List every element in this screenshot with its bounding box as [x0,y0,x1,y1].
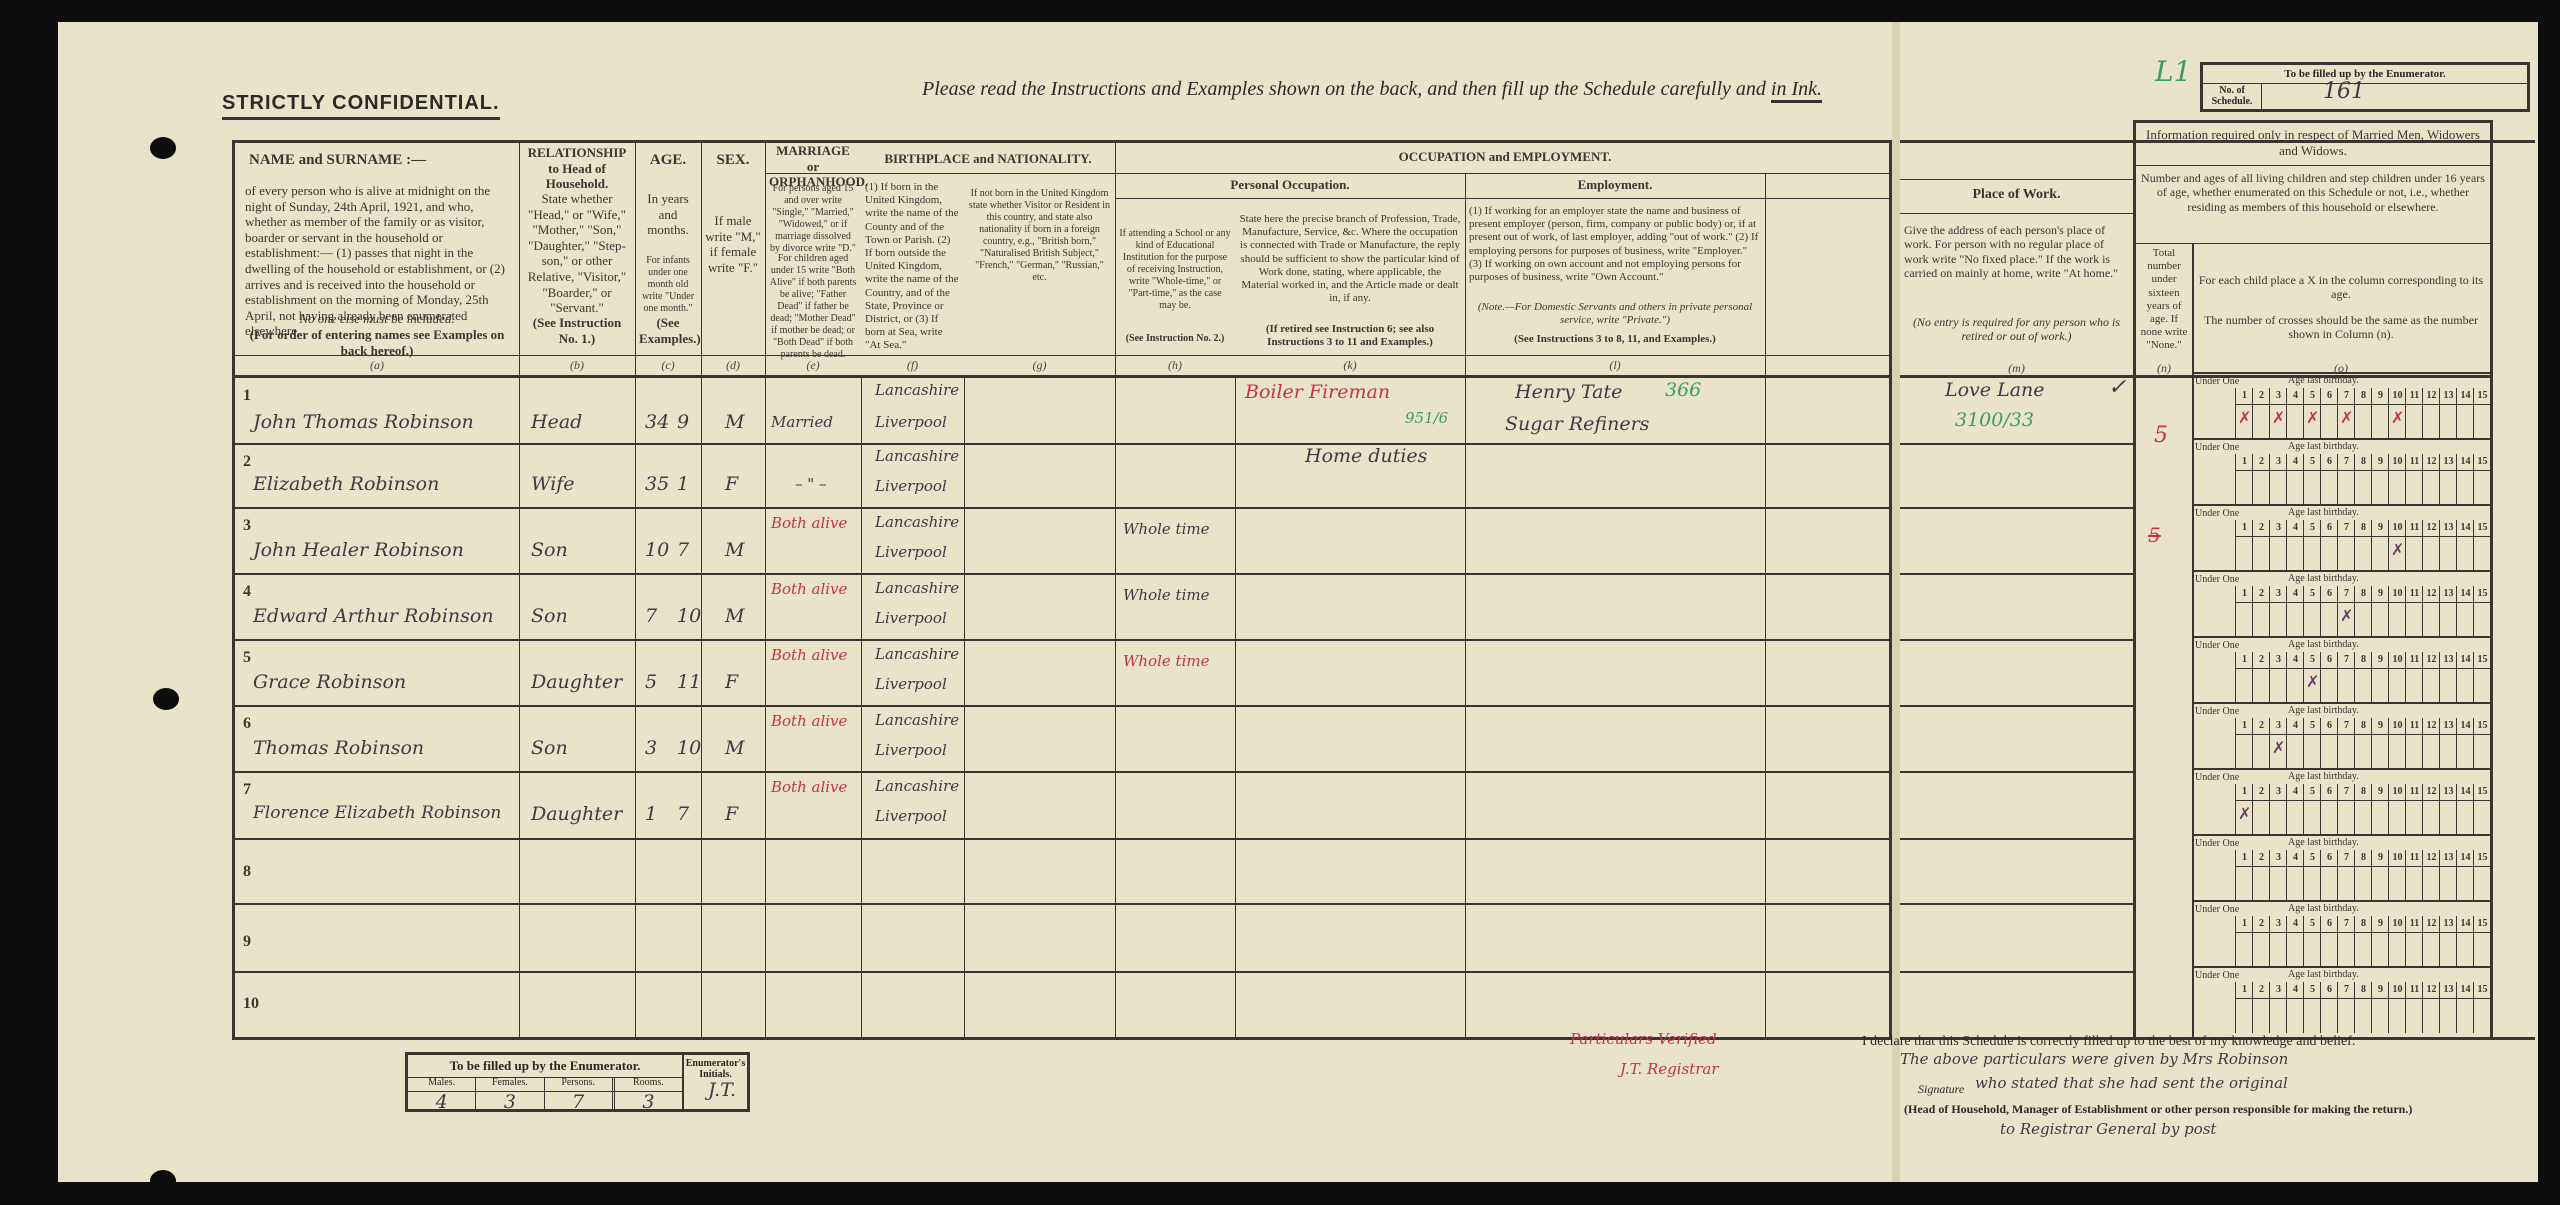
age-column-10: 10 [2388,850,2406,901]
verification-note: Particulars Verified [1570,1030,1717,1048]
age-column-1: 1 [2235,586,2253,637]
under-one-label: Under One [2195,904,2239,915]
col-g-body: If not born in the United Kingdom state … [964,188,1115,284]
age-months: 1 [677,473,689,495]
occupation: Boiler Fireman [1245,381,1390,403]
age-column-7: 7 [2337,982,2355,1033]
age-column-13: 13 [2439,652,2457,703]
age-years: 7 [645,605,657,627]
age-column-9: 9 [2371,388,2389,439]
age-column-12: 12 [2422,586,2440,637]
punch-hole [150,137,176,159]
age-column-12: 12 [2422,784,2440,835]
persons-label: Persons. [545,1077,615,1091]
age-column-7: 7 [2337,784,2355,835]
age-cross-mark: ✗ [2306,408,2319,427]
sex: F [725,473,738,495]
age-column-15: 15 [2473,454,2491,505]
col-l-title: Employment. [1465,177,1765,193]
age-grid: Under OneAge last birthday.1234567891011… [2193,636,2490,703]
schedule-box-label: No. of Schedule. [2207,85,2257,107]
age-column-1: 1 [2235,916,2253,967]
age-cross-mark: ✗ [2340,606,2353,625]
persons-count: 7 [545,1091,615,1109]
age-column-8: 8 [2354,850,2372,901]
birth-town: Liverpool [875,543,947,561]
age-column-5: 5 [2303,982,2321,1033]
age-grid: Under OneAge last birthday.1234567891011… [2193,570,2490,637]
col-c-body: In years and months. [635,191,701,238]
enumerator-box-title: To be filled up by the Enumerator. [408,1055,682,1078]
age-column-4: 4 [2286,454,2304,505]
marriage-status: Both alive [771,647,861,663]
age-column-11: 11 [2405,982,2423,1033]
age-column-7: 7 [2337,454,2355,505]
col-m-note: (No entry is required for any person who… [1900,315,2133,344]
age-column-8: 8 [2354,916,2372,967]
under-one-label: Under One [2195,376,2239,387]
workplace-code: 3100/33 [1955,409,2034,431]
age-years: 5 [645,671,657,693]
age-last-birthday-label: Age last birthday. [2288,837,2359,848]
age-months: 10 [677,737,701,759]
age-column-9: 9 [2371,916,2389,967]
declaration-text: I declare that this Schedule is correctl… [1862,1034,2355,1050]
age-cross-mark: ✗ [2272,408,2285,427]
sex: F [725,671,738,693]
relationship: Son [531,605,568,627]
declaration-note-1: The above particulars were given by Mrs … [1900,1050,2288,1068]
age-column-13: 13 [2439,982,2457,1033]
age-column-2: 2 [2252,652,2270,703]
birth-town: Liverpool [875,675,947,693]
relationship: Head [531,411,582,433]
age-cross-mark: ✗ [2238,408,2251,427]
age-column-15: 15 [2473,982,2491,1033]
margin-mark: L1 [2155,55,2191,88]
marriage-status: Both alive [771,581,861,597]
age-column-2: 2 [2252,388,2270,439]
col-k-title: Personal Occupation. [1115,177,1465,193]
age-column-6: 6 [2320,520,2338,571]
col-k-body: State here the precise branch of Profess… [1235,213,1465,305]
school-attendance: Whole time [1123,647,1223,675]
schedule-box-title: To be filled up by the Enumerator. [2203,65,2527,84]
age-column-9: 9 [2371,520,2389,571]
age-column-4: 4 [2286,982,2304,1033]
sex: M [725,539,744,561]
age-years: 3 [645,737,657,759]
check-mark: ✓ [2108,375,2126,400]
person-name: Edward Arthur Robinson [253,605,494,627]
age-cross-mark: ✗ [2272,738,2285,757]
age-column-13: 13 [2439,718,2457,769]
marriage-status: Both alive [771,779,861,795]
females-count: 3 [476,1091,544,1109]
marriage-status: Married [771,413,833,431]
age-column-8: 8 [2354,388,2372,439]
age-years: 34 [645,411,669,433]
sex: M [725,411,744,433]
age-column-13: 13 [2439,586,2457,637]
age-grid: Under OneAge last birthday.1234567891011… [2193,438,2490,505]
employer-code: 366 [1665,379,1701,401]
employer-line2: Sugar Refiners [1505,413,1649,435]
age-column-10: 10 [2388,454,2406,505]
age-column-7: 7 [2337,916,2355,967]
age-years: 35 [645,473,669,495]
col-m-title: Place of Work. [1900,187,2133,204]
birth-town: Liverpool [875,477,947,495]
age-column-14: 14 [2456,520,2474,571]
age-column-10: 10 [2388,982,2406,1033]
age-column-14: 14 [2456,982,2474,1033]
age-column-4: 4 [2286,520,2304,571]
males-count: 4 [408,1091,476,1109]
col-l-footer: (See Instructions 3 to 8, 11, and Exampl… [1465,333,1765,346]
age-last-birthday-label: Age last birthday. [2288,705,2359,716]
age-column-9: 9 [2371,586,2389,637]
person-name: John Thomas Robinson [253,411,474,433]
age-column-6: 6 [2320,586,2338,637]
birth-county: Lancashire [875,711,959,729]
age-column-15: 15 [2473,850,2491,901]
age-last-birthday-label: Age last birthday. [2288,771,2359,782]
age-column-9: 9 [2371,454,2389,505]
age-column-6: 6 [2320,718,2338,769]
age-column-11: 11 [2405,652,2423,703]
relationship: Daughter [531,671,622,693]
age-column-3: 3 [2269,454,2287,505]
children-total: 5 [2148,523,2161,547]
signature-label: Signature [1918,1082,1964,1097]
age-column-2: 2 [2252,916,2270,967]
age-column-1: 1 [2235,454,2253,505]
age-months: 10 [677,605,701,627]
age-column-2: 2 [2252,850,2270,901]
age-column-4: 4 [2286,850,2304,901]
person-name: Florence Elizabeth Robinson [253,803,501,823]
age-column-4: 4 [2286,586,2304,637]
age-column-8: 8 [2354,718,2372,769]
punch-hole [153,688,179,710]
col-n-body: Total number under sixteen years of age.… [2136,247,2192,353]
females-label: Females. [476,1077,544,1091]
age-grid: Under OneAge last birthday.1234567891011… [2193,372,2490,439]
age-column-11: 11 [2405,850,2423,901]
age-column-2: 2 [2252,454,2270,505]
person-name: Thomas Robinson [253,737,424,759]
age-months: 7 [677,803,689,825]
col-b-title: RELATIONSHIP to Head of Household. [519,145,635,192]
person-name: Elizabeth Robinson [253,473,439,495]
under-one-label: Under One [2195,970,2239,981]
age-column-2: 2 [2252,586,2270,637]
age-column-9: 9 [2371,718,2389,769]
col-o-body: For each child place a X in the column c… [2192,273,2490,302]
household-schedule-table: NAME and SURNAME :— of every person who … [232,140,1892,1040]
school-attendance: Whole time [1123,581,1223,609]
age-column-4: 4 [2286,916,2304,967]
age-column-14: 14 [2456,586,2474,637]
age-grid: Under OneAge last birthday.1234567891011… [2193,768,2490,835]
sex: M [725,605,744,627]
marriage-status: Both alive [771,515,861,531]
relationship: Daughter [531,803,622,825]
age-grid: Under OneAge last birthday.1234567891011… [2193,834,2490,901]
age-cross-mark: ✗ [2238,804,2251,823]
relationship: Wife [531,473,575,495]
age-column-7: 7 [2337,520,2355,571]
age-column-4: 4 [2286,784,2304,835]
under-one-label: Under One [2195,772,2239,783]
age-column-13: 13 [2439,454,2457,505]
age-column-2: 2 [2252,520,2270,571]
age-column-2: 2 [2252,982,2270,1033]
enumerator-box: To be filled up by the Enumerator. Enume… [405,1052,750,1112]
employer: Henry Tate [1515,381,1622,403]
age-column-10: 10 [2388,652,2406,703]
schedule-number-box: To be filled up by the Enumerator. No. o… [2200,62,2530,112]
age-column-10: 10 [2388,718,2406,769]
age-cross-mark: ✗ [2391,408,2404,427]
under-one-label: Under One [2195,706,2239,717]
relationship: Son [531,539,568,561]
age-last-birthday-label: Age last birthday. [2288,375,2359,386]
person-name: Grace Robinson [253,671,406,693]
col-d-title: SEX. [701,151,765,169]
age-column-14: 14 [2456,652,2474,703]
age-column-11: 11 [2405,784,2423,835]
age-column-1: 1 [2235,718,2253,769]
declaration-note-2: who stated that she had sent the origina… [1975,1074,2288,1092]
age-column-14: 14 [2456,850,2474,901]
under-one-label: Under One [2195,838,2239,849]
col-e-note: For children aged under 15 write "Both A… [765,253,861,361]
age-column-6: 6 [2320,454,2338,505]
age-column-1: 1 [2235,982,2253,1033]
under-one-label: Under One [2195,640,2239,651]
birth-town: Liverpool [875,413,947,431]
col-l-body: (1) If working for an employer state the… [1465,205,1765,284]
age-column-4: 4 [2286,718,2304,769]
age-last-birthday-label: Age last birthday. [2288,507,2359,518]
age-last-birthday-label: Age last birthday. [2288,441,2359,452]
punch-hole [150,1170,176,1192]
occupation-title: OCCUPATION and EMPLOYMENT. [1115,149,1895,165]
registrar-signature: J.T. Registrar [1620,1060,1719,1078]
age-column-5: 5 [2303,850,2321,901]
sex: F [725,803,738,825]
age-column-6: 6 [2320,784,2338,835]
age-column-6: 6 [2320,652,2338,703]
rooms-count: 3 [615,1091,682,1109]
age-column-14: 14 [2456,388,2474,439]
age-column-5: 5 [2303,784,2321,835]
males-label: Males. [408,1077,476,1091]
age-column-7: 7 [2337,652,2355,703]
enumerator-initials: J.T. [708,1079,736,1101]
age-column-7: 7 [2337,850,2355,901]
workplace: Love Lane [1945,379,2045,401]
age-column-13: 13 [2439,850,2457,901]
col-m-body: Give the address of each person's place … [1900,223,2133,281]
age-column-12: 12 [2422,454,2440,505]
age-column-5: 5 [2303,916,2321,967]
declaration-note-3: to Registrar General by post [2000,1120,2216,1138]
col-a-footer: (For order of entering names see Example… [235,327,519,358]
age-column-3: 3 [2269,586,2287,637]
person-name: John Healer Robinson [253,539,464,561]
rooms-label: Rooms. [615,1077,682,1091]
age-years: 1 [645,803,657,825]
age-column-6: 6 [2320,850,2338,901]
age-column-9: 9 [2371,982,2389,1033]
marriage-status: Both alive [771,713,861,729]
col-a-title: NAME and SURNAME :— [235,151,519,169]
col-h-body: If attending a School or any kind of Edu… [1115,228,1235,312]
age-column-12: 12 [2422,652,2440,703]
age-column-9: 9 [2371,652,2389,703]
age-months: 9 [677,411,689,433]
age-column-6: 6 [2320,388,2338,439]
age-column-12: 12 [2422,850,2440,901]
marriage-status: – " – [795,475,826,493]
age-column-11: 11 [2405,520,2423,571]
birth-county: Lancashire [875,513,959,531]
age-column-13: 13 [2439,388,2457,439]
children-total: 5 [2154,423,2168,448]
age-column-11: 11 [2405,718,2423,769]
age-column-5: 5 [2303,586,2321,637]
declaration-footer: (Head of Household, Manager of Establish… [1904,1102,2412,1117]
occupation-code: 951/6 [1405,409,1448,427]
age-years: 10 [645,539,669,561]
age-cross-mark: ✗ [2306,672,2319,691]
birthplace-title: BIRTHPLACE and NATIONALITY. [861,151,1115,167]
age-column-8: 8 [2354,982,2372,1033]
col-h-footer: (See Instruction No. 2.) [1115,333,1235,345]
under-one-label: Under One [2195,508,2239,519]
col-c-note: For infants under one month old write "U… [635,255,701,315]
age-column-1: 1 [2235,652,2253,703]
age-grid: Under OneAge last birthday.1234567891011… [2193,900,2490,967]
under-one-label: Under One [2195,574,2239,585]
birth-town: Liverpool [875,741,947,759]
age-column-13: 13 [2439,916,2457,967]
age-column-11: 11 [2405,586,2423,637]
birth-county: Lancashire [875,645,959,663]
sex: M [725,737,744,759]
col-b-body: State whether "Head," or "Wife," "Mother… [519,191,635,316]
age-column-8: 8 [2354,586,2372,637]
age-column-4: 4 [2286,652,2304,703]
age-column-8: 8 [2354,454,2372,505]
age-column-13: 13 [2439,784,2457,835]
col-d-body: If male write "M," if female write "F." [701,213,765,275]
birth-county: Lancashire [875,777,959,795]
age-column-10: 10 [2388,916,2406,967]
col-o-note: The number of crosses should be the same… [2192,313,2490,342]
age-column-15: 15 [2473,652,2491,703]
instruction-line: Please read the Instructions and Example… [922,78,1822,101]
age-column-13: 13 [2439,520,2457,571]
col-k-footer: (If retired see Instruction 6; see also … [1235,323,1465,349]
birth-county: Lancashire [875,447,959,465]
age-column-15: 15 [2473,388,2491,439]
age-column-15: 15 [2473,784,2491,835]
age-column-11: 11 [2405,916,2423,967]
col-c-title: AGE. [635,151,701,169]
age-column-15: 15 [2473,916,2491,967]
mw-subtitle: Number and ages of all living children a… [2136,171,2490,214]
age-column-11: 11 [2405,388,2423,439]
age-column-15: 15 [2473,520,2491,571]
age-column-4: 4 [2286,388,2304,439]
age-column-5: 5 [2303,718,2321,769]
under-one-label: Under One [2195,442,2239,453]
age-column-3: 3 [2269,850,2287,901]
age-column-6: 6 [2320,916,2338,967]
school-attendance: Whole time [1123,515,1223,543]
age-column-6: 6 [2320,982,2338,1033]
age-column-5: 5 [2303,520,2321,571]
age-column-3: 3 [2269,784,2287,835]
age-column-14: 14 [2456,916,2474,967]
age-column-10: 10 [2388,784,2406,835]
birth-county: Lancashire [875,579,959,597]
col-c-footer: (See Examples.) [635,315,701,346]
age-last-birthday-label: Age last birthday. [2288,573,2359,584]
age-column-2: 2 [2252,784,2270,835]
age-column-5: 5 [2303,454,2321,505]
age-column-7: 7 [2337,718,2355,769]
age-column-12: 12 [2422,388,2440,439]
age-grid: Under OneAge last birthday.1234567891011… [2193,504,2490,571]
age-column-15: 15 [2473,718,2491,769]
birth-county: Lancashire [875,381,959,399]
schedule-number: 161 [2323,79,2365,104]
age-column-3: 3 [2269,916,2287,967]
age-column-11: 11 [2405,454,2423,505]
age-column-3: 3 [2269,520,2287,571]
age-column-3: 3 [2269,982,2287,1033]
age-column-9: 9 [2371,784,2389,835]
col-f-body: (1) If born in the United Kingdom, write… [861,181,964,352]
age-months: 7 [677,539,689,561]
age-column-8: 8 [2354,652,2372,703]
age-column-14: 14 [2456,784,2474,835]
age-column-2: 2 [2252,718,2270,769]
age-cross-mark: ✗ [2340,408,2353,427]
age-column-1: 1 [2235,850,2253,901]
paper-tear [1892,22,1900,1182]
age-column-8: 8 [2354,520,2372,571]
age-column-12: 12 [2422,520,2440,571]
age-column-15: 15 [2473,586,2491,637]
page-title: STRICTLY CONFIDENTIAL. [222,92,500,120]
age-column-8: 8 [2354,784,2372,835]
col-l-note: (Note.—For Domestic Servants and others … [1465,301,1765,327]
age-months: 11 [677,671,701,693]
birth-town: Liverpool [875,609,947,627]
initials-label: Enumerator's Initials. [684,1058,747,1080]
age-column-9: 9 [2371,850,2389,901]
age-column-14: 14 [2456,718,2474,769]
age-last-birthday-label: Age last birthday. [2288,903,2359,914]
age-cross-mark: ✗ [2391,540,2404,559]
age-grid: Under OneAge last birthday.1234567891011… [2193,966,2490,1033]
